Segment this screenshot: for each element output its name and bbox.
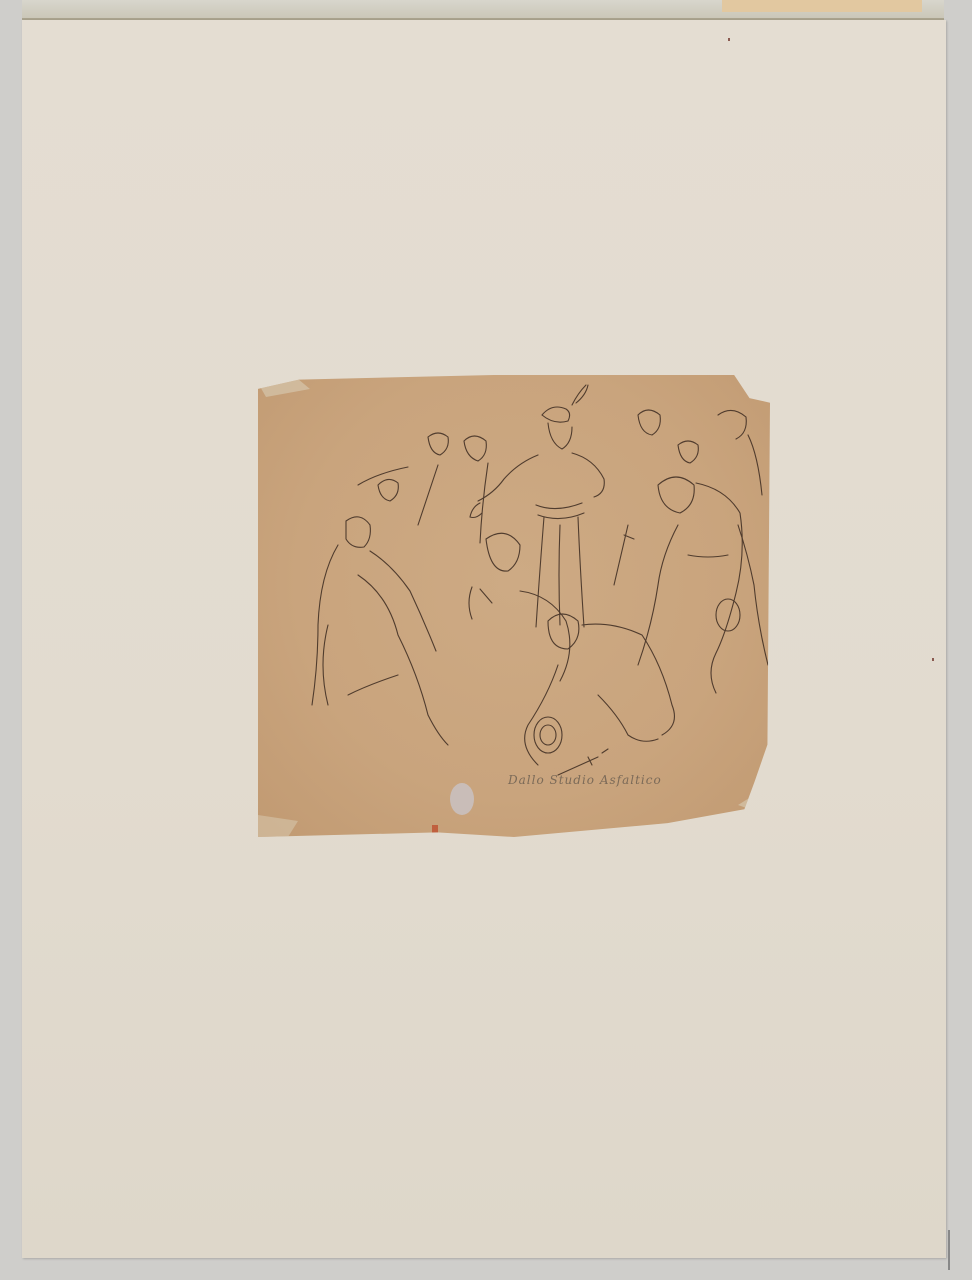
board-edge-mark: [948, 1230, 950, 1270]
top-mount-tab: [722, 0, 922, 12]
red-stain: [432, 825, 438, 835]
figure-drawing: [258, 375, 770, 837]
board-spot: [932, 658, 934, 661]
drawing-paper: Dallo Studio Asfaltico: [258, 375, 770, 837]
paper-stain: [450, 783, 474, 815]
handwritten-inscription: Dallo Studio Asfaltico: [508, 773, 662, 787]
mounting-board: Dallo Studio Asfaltico: [22, 20, 946, 1258]
board-spot: [728, 38, 730, 41]
